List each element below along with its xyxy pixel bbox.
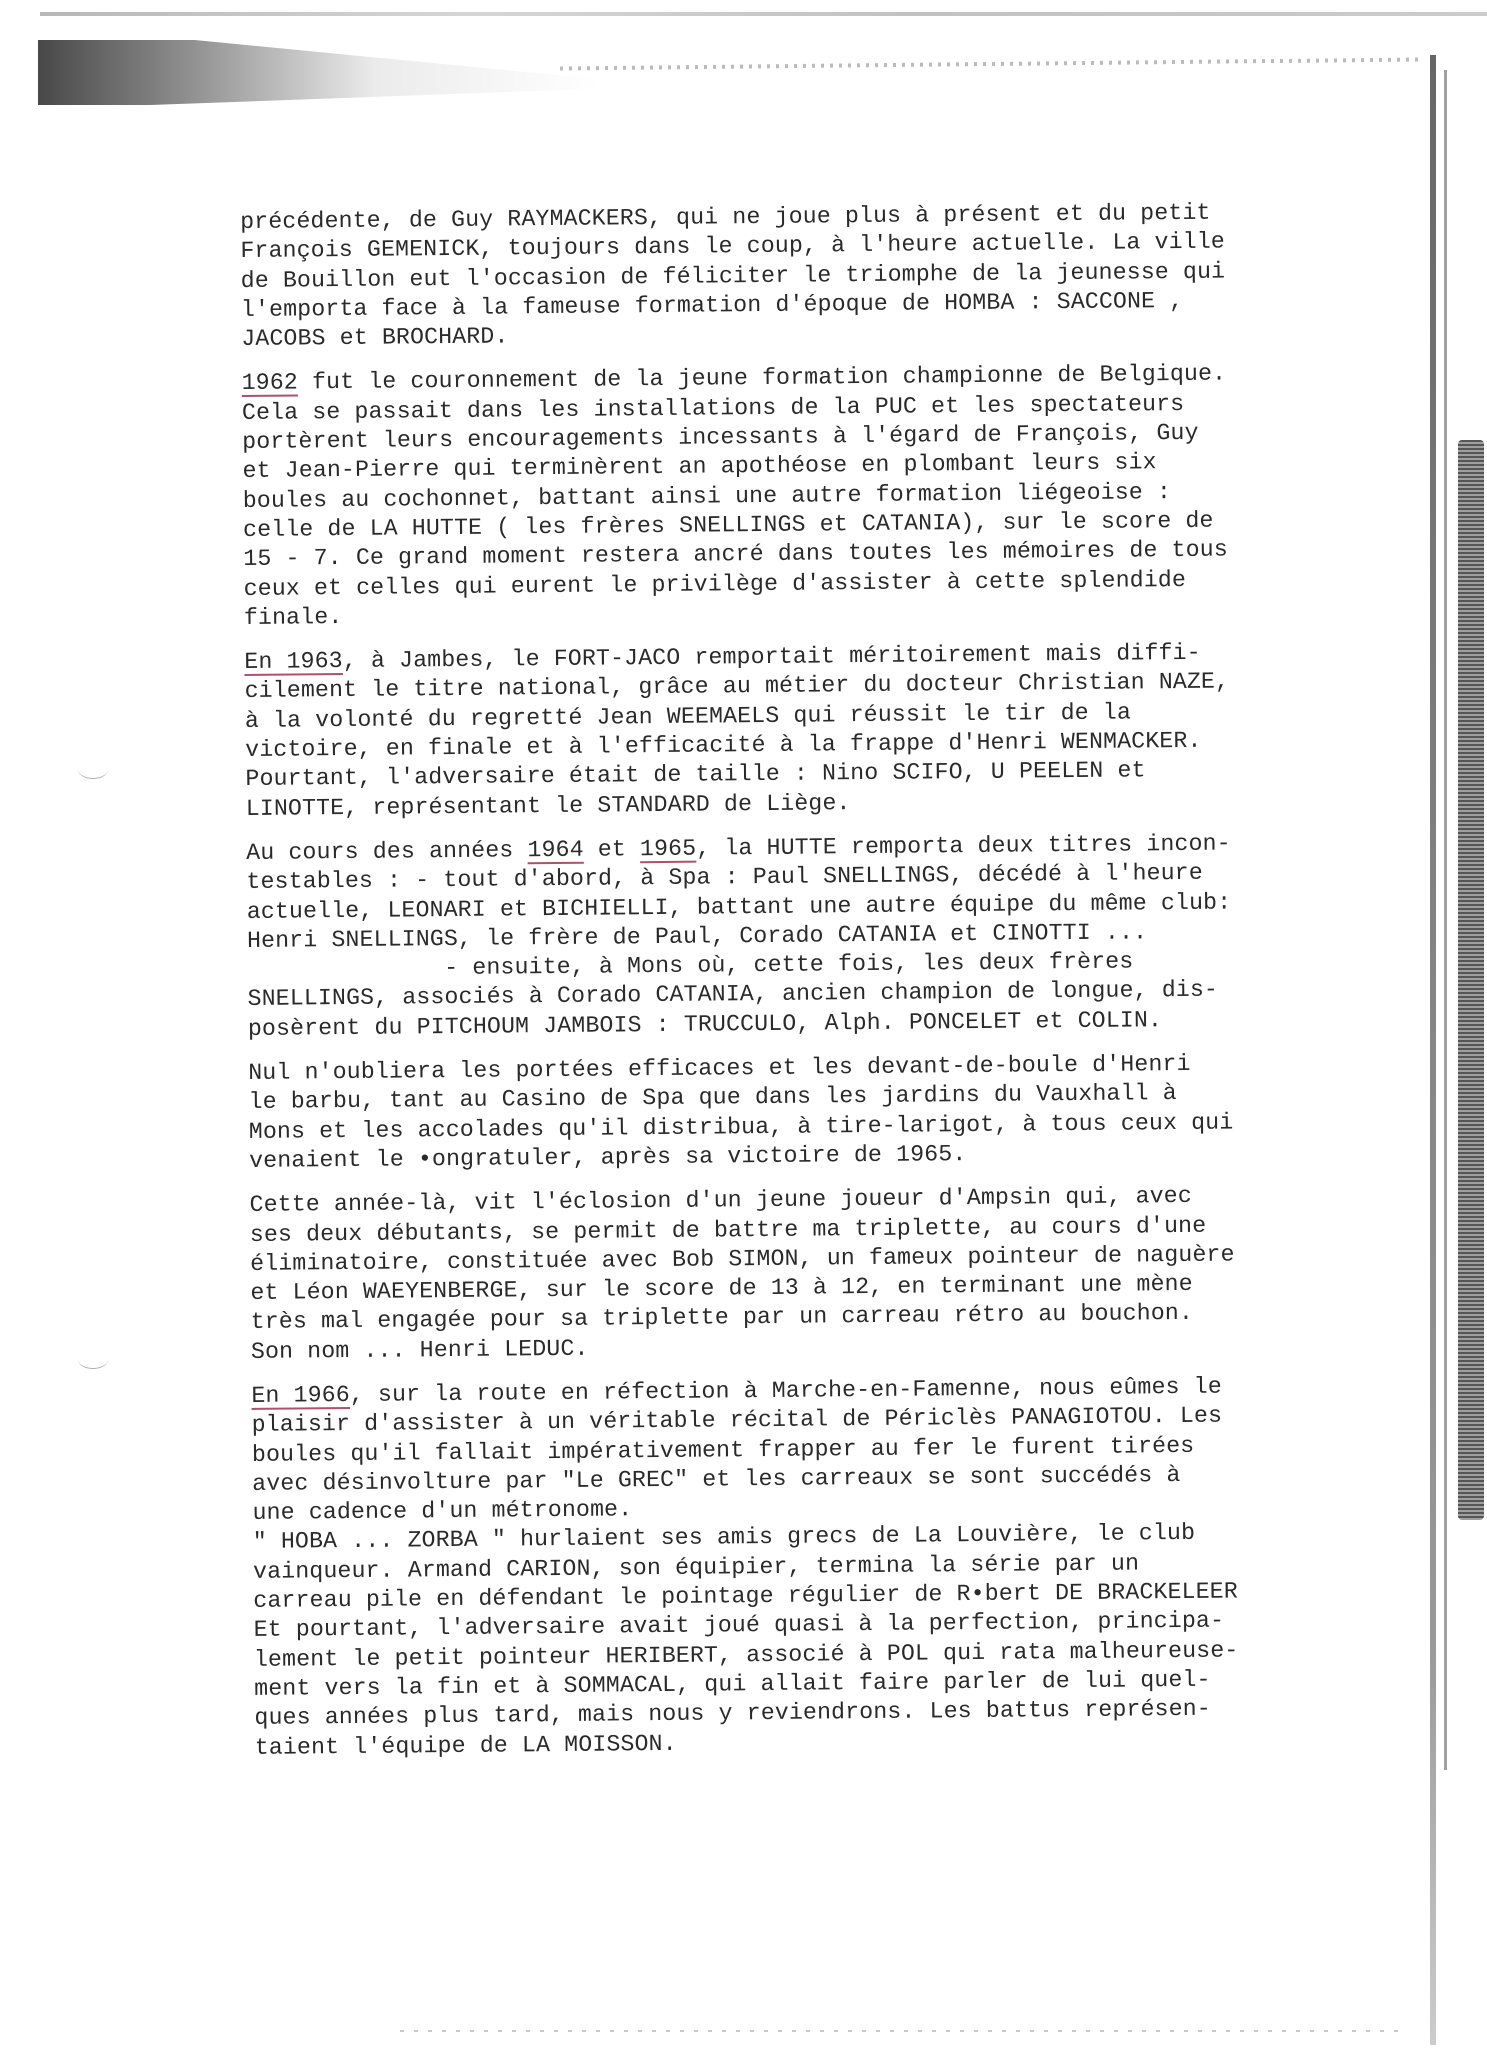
paragraph-p2: 1962 fut le couronnement de la jeune for… bbox=[242, 359, 1364, 633]
paragraph-p5: Nul n'oubliera les portées efficaces et … bbox=[248, 1048, 1369, 1176]
scan-shadow-top-left bbox=[38, 40, 598, 105]
paragraph-p1: précédente, de Guy RAYMACKERS, qui ne jo… bbox=[240, 197, 1361, 354]
paragraph-p3: En 1963, à Jambes, le FORT-JACO remporta… bbox=[244, 637, 1366, 824]
paragraph-p7: En 1966, sur la route en réfection à Mar… bbox=[251, 1371, 1375, 1763]
punch-hole-mark bbox=[78, 760, 108, 779]
scan-edge-top bbox=[40, 12, 1487, 16]
scan-edge-right-inner bbox=[1444, 70, 1447, 1770]
underlined-year: 1965 bbox=[640, 836, 697, 863]
scan-noise-top bbox=[560, 57, 1420, 70]
typewritten-page: précédente, de Guy RAYMACKERS, qui ne jo… bbox=[240, 197, 1375, 1778]
underlined-year: En 1963 bbox=[244, 648, 343, 675]
underlined-year: En 1966 bbox=[251, 1382, 350, 1409]
scan-shadow-right bbox=[1458, 440, 1484, 1520]
scan-edge-right bbox=[1430, 55, 1436, 2045]
paragraph-p4: Au cours des années 1964 et 1965, la HUT… bbox=[246, 828, 1368, 1044]
scan-noise-bottom bbox=[400, 2030, 1400, 2032]
underlined-year: 1964 bbox=[527, 837, 584, 864]
punch-hole-mark bbox=[78, 1350, 108, 1369]
paragraph-p6: Cette année-là, vit l'éclosion d'un jeun… bbox=[249, 1180, 1371, 1367]
underlined-year: 1962 bbox=[242, 370, 299, 397]
